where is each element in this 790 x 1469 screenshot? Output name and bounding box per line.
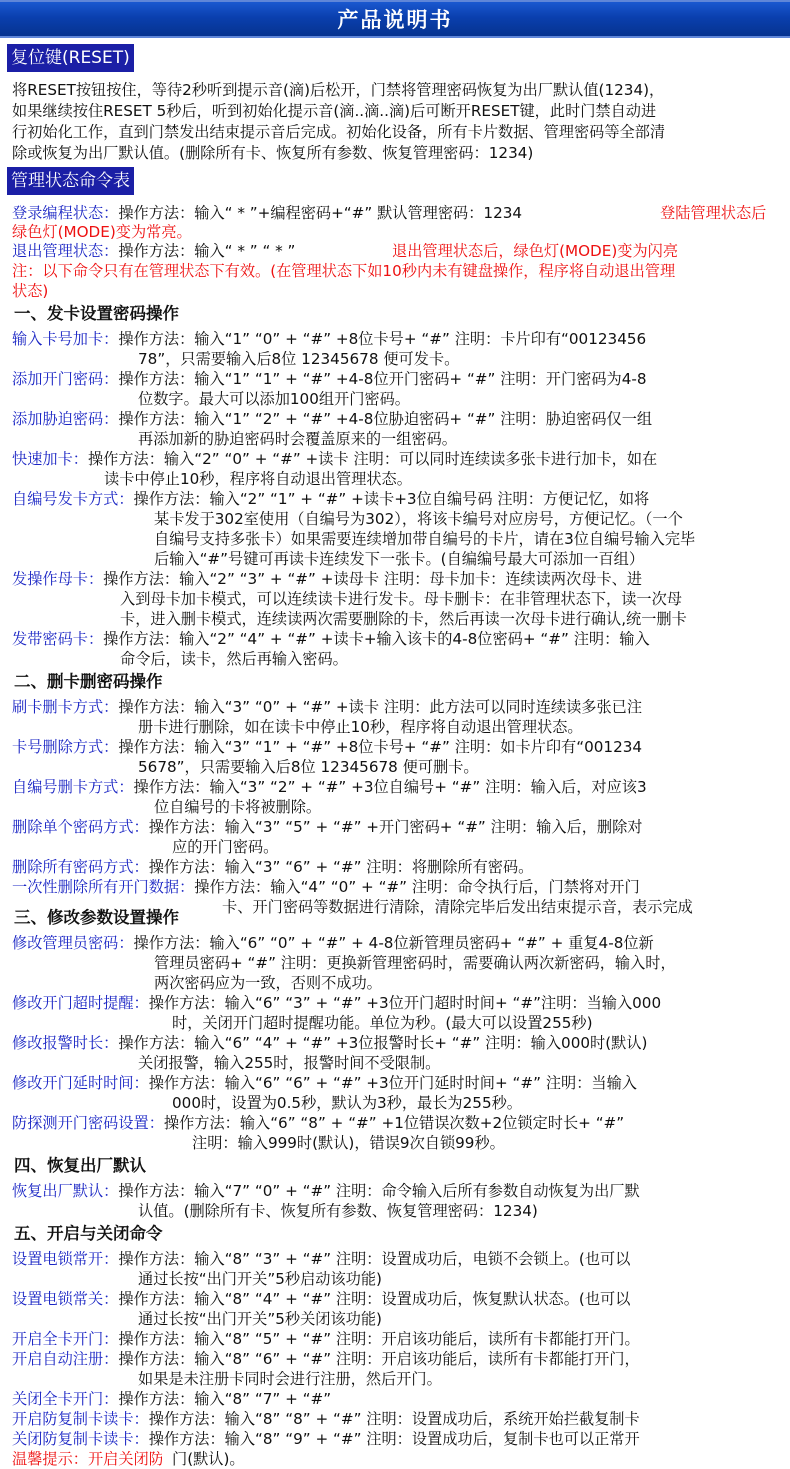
command-row: 修改报警时长：操作方法：输入“6” “4” + “#” +3位报警时长+ “#”… bbox=[12, 1033, 647, 1053]
footer-tip: 温馨提示：开启关闭防复制功能只限于ID卡门禁机，IC卡，门禁机没有这个功能。 bbox=[12, 1449, 162, 1469]
command-cont: 认值。(删除所有卡、恢复所有参数、恢复管理密码：1234) bbox=[138, 1201, 538, 1221]
command-label: 防探测开门密码设置： bbox=[12, 1114, 164, 1132]
command-row: 修改管理员密码：操作方法：输入“6” “0” + “#” + 4-8位新管理员密… bbox=[12, 933, 654, 953]
command-label: 修改管理员密码： bbox=[12, 934, 134, 952]
command-text: 操作方法：输入“6” “6” + “#” +3位开门延时时间+ “#” 注明：当… bbox=[149, 1074, 637, 1092]
command-cont: 读卡中停止10秒，程序将自动退出管理状态。 bbox=[104, 469, 412, 489]
command-text: 操作方法：输入“2” “0” + “#” +读卡 注明：可以同时连续读多张卡进行… bbox=[88, 450, 657, 468]
command-text: 操作方法：输入“1” “1” + “#” +4-8位开门密码+ “#” 注明：开… bbox=[118, 370, 646, 388]
command-label: 开启全卡开门： bbox=[12, 1330, 118, 1348]
command-label: 开启自动注册： bbox=[12, 1350, 118, 1368]
section-title: 五、开启与关闭命令 bbox=[14, 1223, 163, 1245]
command-label: 删除单个密码方式： bbox=[12, 818, 149, 836]
command-cont: 5678”，只需要输入后8位 12345678 便可删卡。 bbox=[138, 757, 479, 777]
command-text: 操作方法：输入“3” “2” + “#” +3位自编号+ “#” 注明：输入后，… bbox=[134, 778, 647, 796]
command-row: 修改开门超时提醒：操作方法：输入“6” “3” + “#” +3位开门超时时间+… bbox=[12, 993, 661, 1013]
section-title: 一、发卡设置密码操作 bbox=[14, 303, 179, 325]
command-row: 发操作母卡：操作方法：输入“2” “3” + “#” +读母卡 注明：母卡加卡：… bbox=[12, 569, 642, 589]
command-label: 设置电锁常开： bbox=[12, 1250, 118, 1268]
command-cont: 位自编号的卡将被删除。 bbox=[154, 797, 321, 817]
login-row: 登录编程状态：操作方法：输入“ * ”+编程密码+“#” 默认管理密码：1234 bbox=[12, 203, 522, 223]
section-title: 二、删卡删密码操作 bbox=[14, 671, 163, 693]
command-text: 操作方法：输入“2” “3” + “#” +读母卡 注明：母卡加卡：连续读两次母… bbox=[103, 570, 642, 588]
command-label: 关闭全卡开门： bbox=[12, 1390, 118, 1408]
command-label: 自编号发卡方式： bbox=[12, 490, 134, 508]
command-row: 一次性删除所有开门数据：操作方法：输入“4” “0” + “#” 注明：命令执行… bbox=[12, 877, 640, 897]
command-cont: 卡，进入删卡模式，连续读两次需要删除的卡，然后再读一次母卡进行确认,统一删卡 bbox=[120, 609, 687, 629]
command-row: 删除所有密码方式：操作方法：输入“3” “6” + “#” 注明：将删除所有密码… bbox=[12, 857, 533, 877]
logout-row: 退出管理状态：操作方法：输入“ * ” “ * ” bbox=[12, 241, 295, 261]
command-text: 操作方法：输入“8” “5” + “#” 注明：开启该功能后，读所有卡都能打开门… bbox=[118, 1330, 639, 1348]
command-row: 快速加卡：操作方法：输入“2” “0” + “#” +读卡 注明：可以同时连续读… bbox=[12, 449, 657, 469]
command-text: 操作方法：输入“1” “2” + “#” +4-8位胁迫密码+ “#” 注明：胁… bbox=[118, 410, 652, 428]
command-label: 快速加卡： bbox=[12, 450, 88, 468]
command-cont: 门(默认)。 bbox=[172, 1449, 245, 1469]
command-label: 刷卡删卡方式： bbox=[12, 698, 118, 716]
reset-line: 将RESET按钮按住，等待2秒听到提示音(滴)后松开，门禁将管理密码恢复为出厂默… bbox=[12, 80, 664, 100]
command-text: 操作方法：输入“6” “4” + “#” +3位报警时长+ “#” 注明：输入0… bbox=[118, 1034, 647, 1052]
logout-red: 退出管理状态后，绿色灯(MODE)变为闪亮 bbox=[392, 241, 678, 261]
command-cont: 命令后，读卡，然后再输入密码。 bbox=[120, 649, 348, 669]
command-row: 开启全卡开门：操作方法：输入“8” “5” + “#” 注明：开启该功能后，读所… bbox=[12, 1329, 640, 1349]
command-cont: 注明：输入999时(默认)，错误9次自锁99秒。 bbox=[192, 1133, 505, 1153]
reset-line: 除或恢复为出厂默认值。(删除所有卡、恢复所有参数、恢复管理密码：1234) bbox=[12, 143, 533, 163]
command-cont: 通过长按“出门开关”5秒关闭该功能) bbox=[138, 1309, 382, 1329]
command-text: 操作方法：输入“8” “8” + “#” 注明：设置成功后，系统开始拦截复制卡 bbox=[149, 1410, 640, 1428]
command-label: 添加开门密码： bbox=[12, 370, 118, 388]
command-row: 修改开门延时时间：操作方法：输入“6” “6” + “#” +3位开门延时时间+… bbox=[12, 1073, 637, 1093]
command-label: 发带密码卡： bbox=[12, 630, 103, 648]
command-label: 删除所有密码方式： bbox=[12, 858, 149, 876]
command-text: 操作方法：输入“8” “9” + “#” 注明：设置成功后，复制卡也可以正常开 bbox=[149, 1430, 640, 1448]
logout-label: 退出管理状态： bbox=[12, 242, 118, 260]
command-text: 操作方法：输入“8” “4” + “#” 注明：设置成功后，恢复默认状态。(也可… bbox=[118, 1290, 630, 1308]
command-row: 输入卡号加卡：操作方法：输入“1” “0” + “#” +8位卡号+ “#” 注… bbox=[12, 329, 646, 349]
command-row: 自编号发卡方式：操作方法：输入“2” “1” + “#” +读卡+3位自编号码 … bbox=[12, 489, 649, 509]
logout-text: 操作方法：输入“ * ” “ * ” bbox=[118, 242, 295, 260]
command-text: 操作方法：输入“2” “4” + “#” +读卡+输入该卡的4-8位密码+ “#… bbox=[103, 630, 650, 648]
command-cont: 时，关闭开门超时提醒功能。单位为秒。(最大可以设置255秒) bbox=[172, 1013, 593, 1033]
command-label: 卡号删除方式： bbox=[12, 738, 118, 756]
command-label: 开启防复制卡读卡： bbox=[12, 1410, 149, 1428]
command-label: 发操作母卡： bbox=[12, 570, 103, 588]
command-cont: 通过长按“出门开关”5秒启动该功能) bbox=[138, 1269, 382, 1289]
command-cont: 两次密码应为一致，否则不成功。 bbox=[154, 973, 382, 993]
command-row: 防探测开门密码设置：操作方法：输入“6” “8” + “#” +1位错误次数+2… bbox=[12, 1113, 624, 1133]
command-text: 操作方法：输入“3” “0” + “#” +读卡 注明：此方法可以同时连续读多张… bbox=[118, 698, 642, 716]
command-row: 发带密码卡：操作方法：输入“2” “4” + “#” +读卡+输入该卡的4-8位… bbox=[12, 629, 650, 649]
command-label: 修改开门超时提醒： bbox=[12, 994, 149, 1012]
command-label: 一次性删除所有开门数据： bbox=[12, 878, 194, 896]
command-label: 输入卡号加卡： bbox=[12, 330, 118, 348]
command-cont: 关闭报警，输入255时，报警时间不受限制。 bbox=[138, 1053, 440, 1073]
login-red-2: 绿色灯(MODE)变为常亮。 bbox=[12, 222, 192, 242]
command-label: 添加胁迫密码： bbox=[12, 410, 118, 428]
command-label: 修改报警时长： bbox=[12, 1034, 118, 1052]
command-cont: 位数字。最大可以添加100组开门密码。 bbox=[138, 389, 410, 409]
login-text: 操作方法：输入“ * ”+编程密码+“#” 默认管理密码：1234 bbox=[118, 204, 522, 222]
command-row: 关闭防复制卡读卡：操作方法：输入“8” “9” + “#” 注明：设置成功后，复… bbox=[12, 1429, 640, 1449]
command-text: 操作方法：输入“3” “5” + “#” +开门密码+ “#” 注明：输入后，删… bbox=[149, 818, 643, 836]
command-cont: 000时，设置为0.5秒，默认为3秒，最长为255秒。 bbox=[172, 1093, 522, 1113]
page-title: 产品说明书 bbox=[338, 4, 453, 34]
command-cont: 入到母卡加卡模式，可以连续读卡进行发卡。母卡删卡：在非管理状态下，读一次母 bbox=[120, 589, 682, 609]
login-label: 登录编程状态： bbox=[12, 204, 118, 222]
page-header: 产品说明书 bbox=[0, 0, 790, 38]
command-row: 添加开门密码：操作方法：输入“1” “1” + “#” +4-8位开门密码+ “… bbox=[12, 369, 647, 389]
command-row: 恢复出厂默认：操作方法：输入“7” “0” + “#” 注明：命令输入后所有参数… bbox=[12, 1181, 640, 1201]
command-text: 操作方法：输入“6” “0” + “#” + 4-8位新管理员密码+ “#” +… bbox=[134, 934, 654, 952]
command-row: 开启防复制卡读卡：操作方法：输入“8” “8” + “#” 注明：设置成功后，系… bbox=[12, 1409, 640, 1429]
command-text: 操作方法：输入“8” “3” + “#” 注明：设置成功后，电锁不会锁上。(也可… bbox=[118, 1250, 630, 1268]
reset-line: 行初始化工作，直到门禁发出结束提示音后完成。初始化设备，所有卡片数据、管理密码等… bbox=[12, 122, 665, 142]
command-text: 操作方法：输入“2” “1” + “#” +读卡+3位自编号码 注明：方便记忆，… bbox=[134, 490, 650, 508]
command-cont: 如果是未注册卡同时会进行注册，然后开门。 bbox=[138, 1369, 442, 1389]
mgmt-tag: 管理状态命令表 bbox=[7, 167, 134, 195]
command-row: 设置电锁常关：操作方法：输入“8” “4” + “#” 注明：设置成功后，恢复默… bbox=[12, 1289, 630, 1309]
command-cont: 管理员密码+ “#” 注明：更换新管理密码时，需要确认两次新密码，输入时， bbox=[154, 953, 676, 973]
command-cont: 卡、开门密码等数据进行清除，清除完毕后发出结束提示音，表示完成 bbox=[222, 897, 693, 917]
command-row: 设置电锁常开：操作方法：输入“8” “3” + “#” 注明：设置成功后，电锁不… bbox=[12, 1249, 630, 1269]
mgmt-note: 注：以下命令只有在管理状态下有效。(在管理状态下如10秒内未有键盘操作，程序将自… bbox=[12, 261, 675, 281]
command-row: 自编号删卡方式：操作方法：输入“3” “2” + “#” +3位自编号+ “#”… bbox=[12, 777, 647, 797]
login-red: 登陆管理状态后 bbox=[660, 203, 766, 223]
command-label: 关闭防复制卡读卡： bbox=[12, 1430, 149, 1448]
reset-tag: 复位键(RESET) bbox=[7, 44, 134, 72]
section-title: 四、恢复出厂默认 bbox=[14, 1155, 146, 1177]
command-row: 添加胁迫密码：操作方法：输入“1” “2” + “#” +4-8位胁迫密码+ “… bbox=[12, 409, 652, 429]
command-cont: 再添加新的胁迫密码时会覆盖原来的一组密码。 bbox=[138, 429, 457, 449]
command-text: 操作方法：输入“4” “0” + “#” 注明：命令执行后，门禁将对开门 bbox=[194, 878, 639, 896]
command-row: 刷卡删卡方式：操作方法：输入“3” “0” + “#” +读卡 注明：此方法可以… bbox=[12, 697, 642, 717]
command-label: 修改开门延时时间： bbox=[12, 1074, 149, 1092]
command-label: 自编号删卡方式： bbox=[12, 778, 134, 796]
command-row: 卡号删除方式：操作方法：输入“3” “1” + “#” +8位卡号+ “#” 注… bbox=[12, 737, 642, 757]
command-cont: 78”，只需要输入后8位 12345678 便可发卡。 bbox=[138, 349, 459, 369]
command-cont: 应的开门密码。 bbox=[172, 837, 278, 857]
command-row: 关闭全卡开门：操作方法：输入“8” “7” + “#” bbox=[12, 1389, 331, 1409]
command-text: 操作方法：输入“3” “1” + “#” +8位卡号+ “#” 注明：如卡片印有… bbox=[118, 738, 642, 756]
mgmt-note-2: 状态) bbox=[12, 281, 48, 301]
command-label: 恢复出厂默认： bbox=[12, 1182, 118, 1200]
command-text: 操作方法：输入“3” “6” + “#” 注明：将删除所有密码。 bbox=[149, 858, 534, 876]
command-row: 删除单个密码方式：操作方法：输入“3” “5” + “#” +开门密码+ “#”… bbox=[12, 817, 643, 837]
command-text: 操作方法：输入“8” “7” + “#” bbox=[118, 1390, 331, 1408]
command-row: 开启自动注册：操作方法：输入“8” “6” + “#” 注明：开启该功能后，读所… bbox=[12, 1349, 640, 1369]
command-cont: 后输入“#”号键可再读卡连续发下一张卡。(自编编号最大可添加一百组） bbox=[154, 549, 644, 569]
command-text: 操作方法：输入“6” “3” + “#” +3位开门超时时间+ “#”注明：当输… bbox=[149, 994, 661, 1012]
command-text: 操作方法：输入“7” “0” + “#” 注明：命令输入后所有参数自动恢复为出厂… bbox=[118, 1182, 639, 1200]
command-text: 操作方法：输入“8” “6” + “#” 注明：开启该功能后，读所有卡都能打开门… bbox=[118, 1350, 639, 1368]
command-cont: 自编号支持多张卡）如果需要连续增加带自编号的卡片，请在3位自编号输入完毕 bbox=[154, 529, 695, 549]
command-text: 操作方法：输入“1” “0” + “#” +8位卡号+ “#” 注明：卡片印有“… bbox=[118, 330, 646, 348]
command-cont: 某卡发于302室使用（自编号为302），将该卡编号对应房号，方便记忆。（一个 bbox=[154, 509, 683, 529]
command-label: 设置电锁常关： bbox=[12, 1290, 118, 1308]
command-text: 操作方法：输入“6” “8” + “#” +1位错误次数+2位锁定时长+ “#” bbox=[164, 1114, 624, 1132]
command-cont: 册卡进行删除，如在读卡中停止10秒，程序将自动退出管理状态。 bbox=[138, 717, 583, 737]
reset-line: 如果继续按住RESET 5秒后，听到初始化提示音(滴..滴..滴)后可断开RES… bbox=[12, 101, 656, 121]
section-title: 三、修改参数设置操作 bbox=[14, 907, 179, 929]
